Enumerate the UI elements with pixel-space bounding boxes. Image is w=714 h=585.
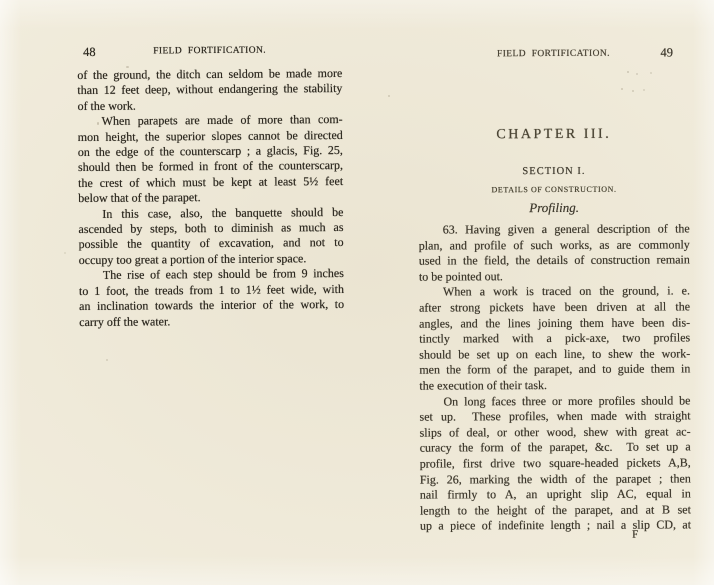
- text-line: Fig. 26, marking the width of the parape…: [420, 471, 691, 488]
- text-line: angles, and the lines joining them have …: [419, 315, 690, 332]
- text-line: curacy the form of the parapet, &c. To s…: [420, 440, 691, 457]
- scan-speckle: [97, 122, 99, 125]
- paragraph: 63. Having given a general description o…: [419, 221, 690, 285]
- text-line: When a work is traced on the ground, i. …: [419, 284, 690, 301]
- paragraph: When parapets are made of more than com-…: [78, 112, 344, 207]
- text-line: On long faces three or more profiles sho…: [419, 393, 690, 410]
- scan-speckle: [388, 95, 390, 97]
- paragraph: of the ground, the ditch can seldom be m…: [77, 66, 342, 114]
- running-head-right: FIELD FORTIFICATION.: [418, 48, 689, 59]
- scan-speckle: [64, 252, 66, 254]
- text-line: slips of deal, or other wood, shew with …: [420, 424, 691, 441]
- scan-speckle: [636, 73, 638, 75]
- scan-speckle: [106, 359, 108, 361]
- section-heading: SECTION I.: [418, 165, 689, 177]
- text-line: 63. Having given a general description o…: [419, 221, 690, 238]
- text-line: set up. These profiles, when made with s…: [420, 409, 691, 426]
- text-line: should then be formed in front of the co…: [78, 158, 343, 175]
- paragraph: When a work is traced on the ground, i. …: [419, 284, 690, 394]
- section-subheading: DETAILS OF CONSTRUCTION.: [419, 184, 690, 194]
- text-line: the execution of their task.: [419, 377, 690, 394]
- scan-speckle: [627, 71, 629, 73]
- text-line: The rise of each step should be from 9 i…: [79, 266, 344, 283]
- scan-speckle: [126, 66, 129, 68]
- scanned-book-spread: { "document_type": "scanned book spread"…: [0, 0, 714, 585]
- scan-speckle: [632, 90, 634, 92]
- text-line: plan, and profile of such works, as are …: [419, 237, 690, 254]
- text-line: to be pointed out.: [419, 268, 690, 285]
- text-line: the crest of which must be kept at least…: [78, 174, 343, 191]
- text-line: men the form of the parapet, and to guid…: [419, 362, 690, 379]
- left-text-column: of the ground, the ditch can seldom be m…: [77, 66, 344, 330]
- text-line: after strong pickets have been driven at…: [419, 299, 690, 316]
- scan-speckle: [621, 88, 623, 90]
- page-number-right: 49: [660, 45, 673, 60]
- text-line: carry off the water.: [79, 312, 344, 329]
- text-line: used in the field, the details of constr…: [419, 253, 690, 270]
- page-left: 48 FIELD FORTIFICATION. of the ground, t…: [77, 0, 347, 585]
- chapter-heading: CHAPTER III.: [418, 126, 689, 143]
- text-line: up a piece of indefinite length ; nail a…: [420, 518, 691, 535]
- scan-speckle: [650, 72, 652, 74]
- text-line: tinctly marked with a pick-axe, two prof…: [419, 331, 690, 348]
- signature-mark: F: [632, 529, 638, 541]
- running-head-left: FIELD FORTIFICATION.: [77, 45, 342, 57]
- right-text-column: 63. Having given a general description o…: [419, 221, 691, 534]
- page-number-left: 48: [83, 45, 96, 60]
- text-line: profile, first drive two square-headed p…: [420, 455, 691, 472]
- topic-heading: Profiling.: [419, 199, 690, 216]
- text-line: an inclination towards the interior of t…: [79, 297, 344, 314]
- text-line: nail firmly to A, an upright slip AC, eq…: [420, 487, 691, 504]
- page-left-header: 48 FIELD FORTIFICATION.: [77, 45, 342, 57]
- text-line: than 12 feet deep, without endangering t…: [77, 81, 342, 98]
- paragraph: In this case, also, the banquette should…: [78, 205, 343, 269]
- text-line: should be set up on each line, to shew t…: [419, 346, 690, 363]
- page-right-header: FIELD FORTIFICATION. 49: [418, 48, 689, 59]
- page-right: FIELD FORTIFICATION. 49 CHAPTER III. SEC…: [418, 0, 692, 585]
- scan-speckle: [643, 89, 645, 91]
- text-line: When parapets are made of more than com-: [78, 112, 343, 129]
- paragraph: On long faces three or more profiles sho…: [419, 393, 691, 535]
- text-line: length to the height of the parapet, and…: [420, 502, 691, 519]
- paragraph: The rise of each step should be from 9 i…: [79, 266, 344, 330]
